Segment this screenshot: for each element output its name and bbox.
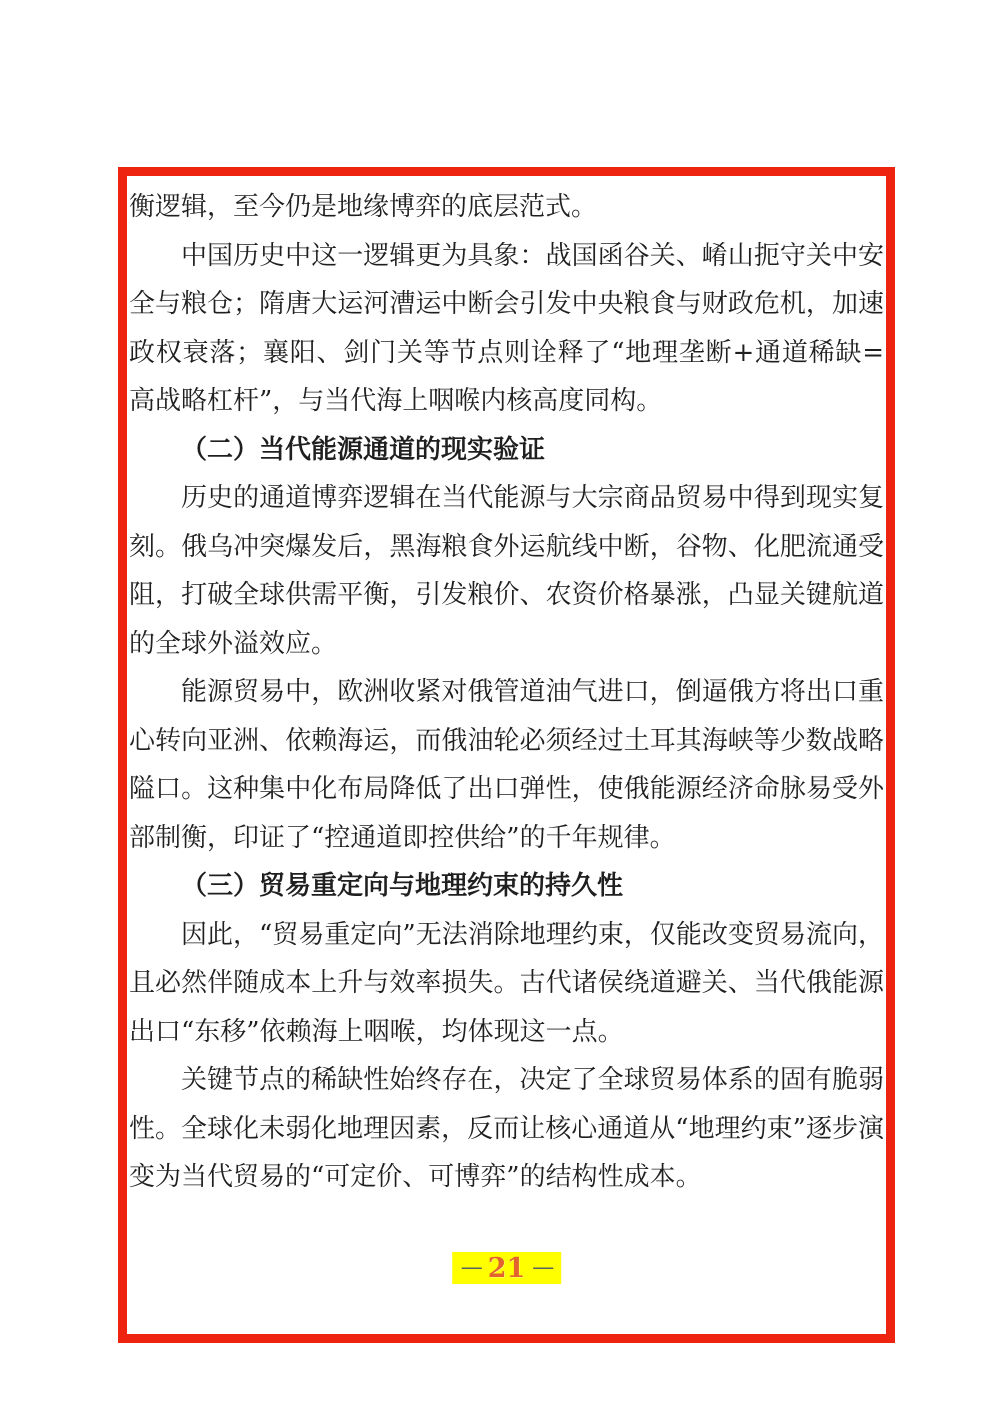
page-number-dash-right: — bbox=[532, 1257, 552, 1279]
paragraph: 中国历史中这一逻辑更为具象：战国函谷关、崤山扼守关中安全与粮仓；隋唐大运河漕运中… bbox=[129, 232, 884, 426]
paragraph: 衡逻辑，至今仍是地缘博弈的底层范式。 bbox=[129, 183, 884, 232]
section-heading: （二）当代能源通道的现实验证 bbox=[129, 426, 884, 475]
paragraph: 关键节点的稀缺性始终存在，决定了全球贸易体系的固有脆弱性。全球化未弱化地理因素，… bbox=[129, 1056, 884, 1202]
document-body: 衡逻辑，至今仍是地缘博弈的底层范式。中国历史中这一逻辑更为具象：战国函谷关、崤山… bbox=[129, 183, 884, 1202]
paragraph: 历史的通道博弈逻辑在当代能源与大宗商品贸易中得到现实复刻。俄乌冲突爆发后，黑海粮… bbox=[129, 474, 884, 668]
page-number: — 21 — bbox=[452, 1252, 562, 1284]
page-number-dash-left: — bbox=[461, 1257, 481, 1279]
page-number-value: 21 bbox=[488, 1255, 526, 1282]
paragraph: 因此，“贸易重定向”无法消除地理约束，仅能改变贸易流向，且必然伴随成本上升与效率… bbox=[129, 911, 884, 1057]
section-heading: （三）贸易重定向与地理约束的持久性 bbox=[129, 862, 884, 911]
paragraph: 能源贸易中，欧洲收紧对俄管道油气进口，倒逼俄方将出口重心转向亚洲、依赖海运，而俄… bbox=[129, 668, 884, 862]
red-border-frame: 衡逻辑，至今仍是地缘博弈的底层范式。中国历史中这一逻辑更为具象：战国函谷关、崤山… bbox=[118, 167, 895, 1343]
